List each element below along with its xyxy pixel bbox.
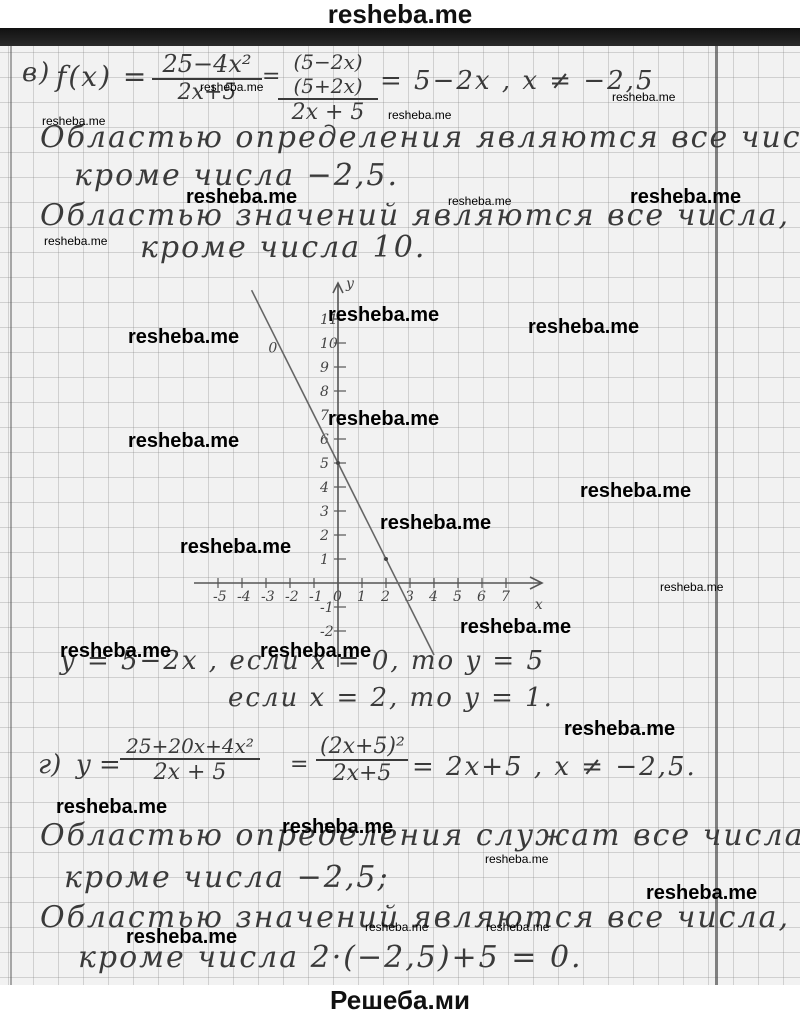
svg-text:4: 4 <box>319 480 329 496</box>
part-g-fraction-2: (2x+5)² 2x+5 <box>316 734 408 786</box>
watermark: resheba.me <box>486 920 549 934</box>
watermark: resheba.me <box>380 512 491 535</box>
watermark: resheba.me <box>328 304 439 327</box>
svg-text:0: 0 <box>268 341 277 357</box>
svg-text:-5: -5 <box>213 589 227 605</box>
watermark: resheba.me <box>128 430 239 453</box>
watermark: resheba.me <box>328 408 439 431</box>
watermark: resheba.me <box>44 234 107 248</box>
site-header: resheba.me <box>0 0 800 28</box>
watermark: resheba.me <box>365 920 428 934</box>
svg-text:2: 2 <box>319 528 329 544</box>
watermark: resheba.me <box>630 186 741 209</box>
svg-text:10: 10 <box>320 336 338 352</box>
svg-text:9: 9 <box>320 360 329 376</box>
watermark: resheba.me <box>200 80 263 94</box>
svg-text:-2: -2 <box>285 589 299 605</box>
denominator: 2x + 5 <box>120 760 260 785</box>
svg-text:5: 5 <box>320 456 329 472</box>
part-g-fraction-1: 25+20x+4x² 2x + 5 <box>120 734 260 785</box>
part-g-y: y = <box>76 750 121 780</box>
watermark: resheba.me <box>580 480 691 503</box>
watermark: resheba.me <box>282 816 393 839</box>
svg-text:-2: -2 <box>320 624 334 640</box>
svg-text:7: 7 <box>501 589 510 605</box>
svg-text:0: 0 <box>333 589 342 605</box>
svg-text:5: 5 <box>453 589 462 605</box>
watermark: resheba.me <box>646 882 757 905</box>
numerator: (2x+5)² <box>316 734 408 761</box>
watermark: resheba.me <box>612 90 675 104</box>
part-g-result: = 2x+5 , x ≠ −2,5. <box>412 752 697 782</box>
svg-text:-3: -3 <box>261 589 275 605</box>
denominator: 2x+5 <box>316 761 408 786</box>
watermark: resheba.me <box>186 186 297 209</box>
watermark: resheba.me <box>388 108 451 122</box>
watermark: resheba.me <box>60 640 171 663</box>
watermark: resheba.me <box>448 194 511 208</box>
equals-sign: = <box>290 752 308 777</box>
svg-text:y: y <box>345 276 355 292</box>
svg-text:-1: -1 <box>320 600 334 616</box>
svg-text:3: 3 <box>320 504 329 520</box>
watermark: resheba.me <box>485 852 548 866</box>
watermark: resheba.me <box>660 580 723 594</box>
svg-text:1: 1 <box>357 589 366 605</box>
svg-text:8: 8 <box>320 384 329 400</box>
watermark: resheba.me <box>42 114 105 128</box>
svg-text:4: 4 <box>428 589 438 605</box>
svg-text:2: 2 <box>380 589 390 605</box>
part-g-domain-line-1: Областью определения служат все числа, <box>40 818 800 853</box>
watermark: resheba.me <box>460 616 571 639</box>
watermark: resheba.me <box>564 718 675 741</box>
svg-text:3: 3 <box>405 589 414 605</box>
svg-text:x: x <box>535 597 543 613</box>
numerator: 25+20x+4x² <box>120 734 260 760</box>
watermark: resheba.me <box>528 316 639 339</box>
watermark: resheba.me <box>180 536 291 559</box>
svg-text:1: 1 <box>320 552 329 568</box>
part-g-domain-line-2: кроме числа −2,5; <box>64 860 390 895</box>
notebook-page: в) f(x) = 25−4x² 2x+5 = (5−2x)(5+2x) 2x … <box>0 28 800 985</box>
watermark: resheba.me <box>128 326 239 349</box>
watermark: resheba.me <box>126 926 237 949</box>
watermark: resheba.me <box>56 796 167 819</box>
part-g-label: г) <box>38 750 61 780</box>
svg-text:-4: -4 <box>237 589 251 605</box>
part-v-explain-line-2: если x = 2, то y = 1. <box>228 683 554 713</box>
site-footer: Решеба.ми <box>0 985 800 1015</box>
svg-text:6: 6 <box>477 589 486 605</box>
watermark: resheba.me <box>260 640 371 663</box>
